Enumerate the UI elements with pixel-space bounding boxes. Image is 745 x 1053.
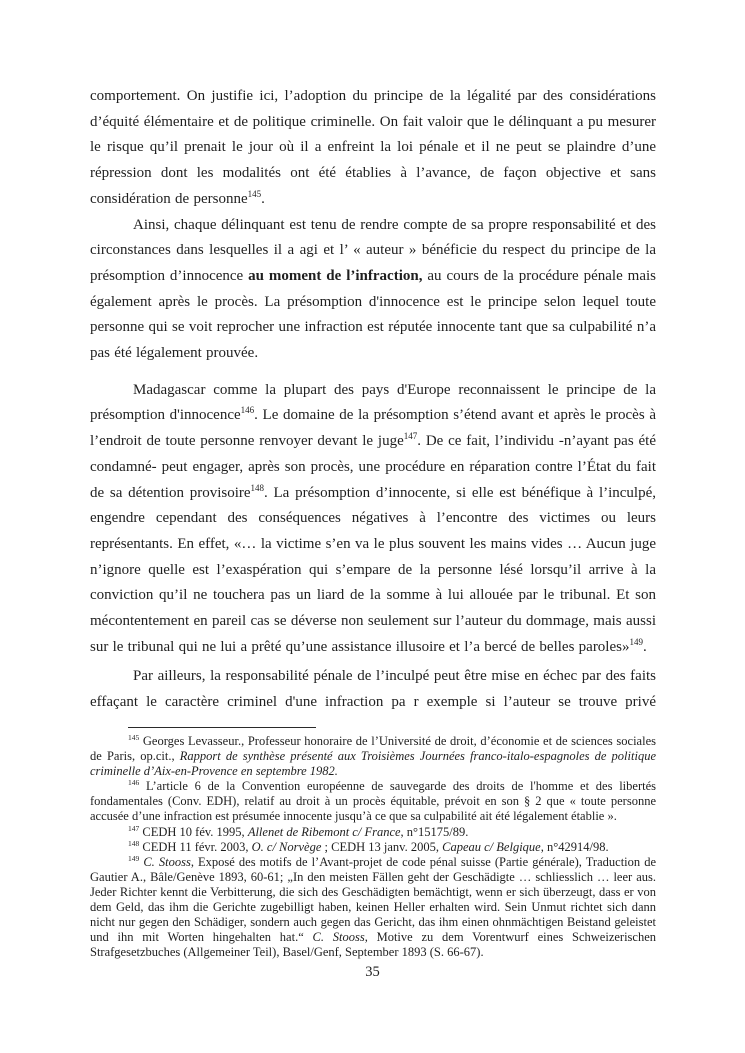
footnote-area: 145 Georges Levasseur., Professeur honor…	[90, 727, 656, 960]
footnote: 147 CEDH 10 fév. 1995, Allenet de Ribemo…	[90, 825, 656, 840]
footnote-ref: 149	[629, 637, 643, 647]
footnote-ref: 145	[128, 733, 139, 742]
body-paragraph: Madagascar comme la plupart des pays d'E…	[90, 378, 656, 661]
body-text: comportement. On justifie ici, l’adoptio…	[90, 84, 656, 716]
footnote-ref: 145	[248, 189, 262, 199]
document-page: comportement. On justifie ici, l’adoptio…	[0, 0, 745, 1053]
footnote-ref: 146	[128, 778, 139, 787]
footnote-list: 145 Georges Levasseur., Professeur honor…	[90, 734, 656, 960]
footnote-ref: 149	[128, 854, 139, 863]
footnote-ref: 146	[241, 405, 255, 415]
footnote: 146 L’article 6 de la Convention europée…	[90, 779, 656, 824]
footnote-ref: 147	[128, 823, 139, 832]
footnote-separator	[128, 727, 316, 728]
body-paragraph: comportement. On justifie ici, l’adoptio…	[90, 84, 656, 213]
footnote-ref: 147	[404, 431, 418, 441]
footnote-ref: 148	[251, 483, 265, 493]
body-paragraph: Ainsi, chaque délinquant est tenu de ren…	[90, 213, 656, 367]
footnote-ref: 148	[128, 839, 139, 848]
footnote: 148 CEDH 11 févr. 2003, O. c/ Norvège ; …	[90, 840, 656, 855]
page-number: 35	[0, 964, 745, 981]
footnote: 149 C. Stooss, Exposé des motifs de l’Av…	[90, 855, 656, 961]
body-paragraph: Par ailleurs, la responsabilité pénale d…	[90, 664, 656, 715]
footnote: 145 Georges Levasseur., Professeur honor…	[90, 734, 656, 779]
